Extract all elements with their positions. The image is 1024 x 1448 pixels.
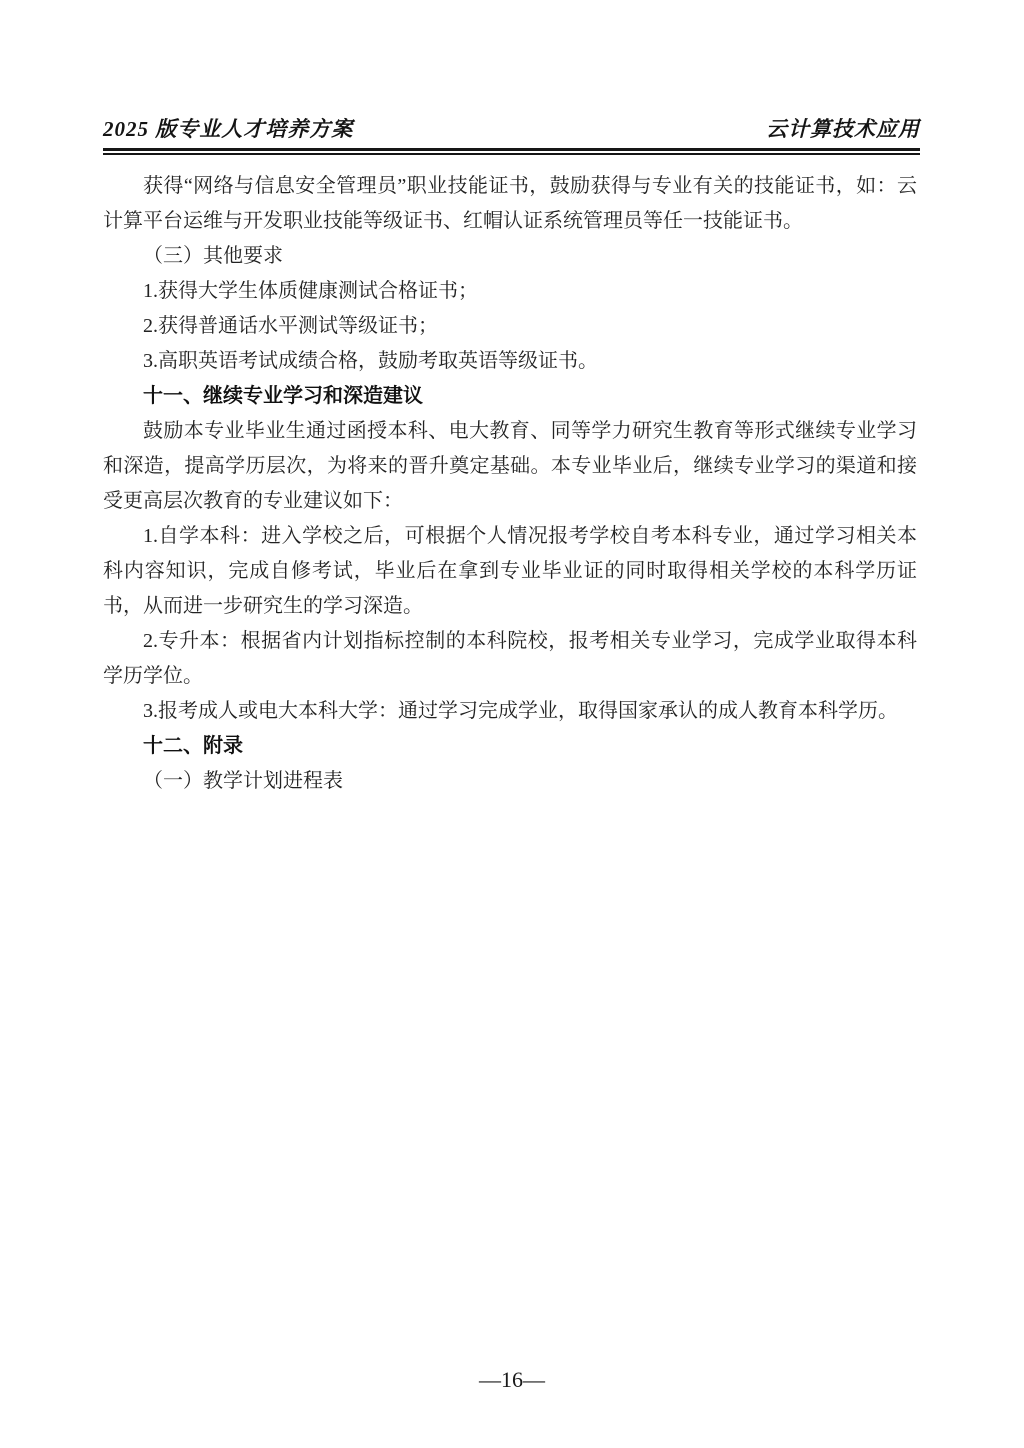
subheading-other-requirements: （三）其他要求 (103, 239, 917, 274)
footer-page-number: —16— (0, 1366, 1024, 1394)
header-left-title: 2025 版专业人才培养方案 (103, 116, 353, 142)
paragraph-appendix-item: （一）教学计划进程表 (103, 764, 917, 799)
section-heading-12: 十二、附录 (103, 729, 917, 764)
page-header: 2025 版专业人才培养方案 云计算技术应用 (103, 116, 920, 142)
list-item-1-self-study: 1.自学本科：进入学校之后，可根据个人情况报考学校自考本科专业，通过学习相关本科… (103, 519, 917, 624)
list-item-2-putonghua-certificate: 2.获得普通话水平测试等级证书； (103, 309, 917, 344)
section-heading-11: 十一、继续专业学习和深造建议 (103, 379, 917, 414)
header-right-title: 云计算技术应用 (766, 116, 920, 142)
document-body: 获得“网络与信息安全管理员”职业技能证书，鼓励获得与专业有关的技能证书，如：云计… (103, 169, 917, 799)
header-double-rule (103, 148, 920, 155)
paragraph-further-study-intro: 鼓励本专业毕业生通过函授本科、电大教育、同等学力研究生教育等形式继续专业学习和深… (103, 414, 917, 519)
paragraph-certificates: 获得“网络与信息安全管理员”职业技能证书，鼓励获得与专业有关的技能证书，如：云计… (103, 169, 917, 239)
list-item-1-fitness-certificate: 1.获得大学生体质健康测试合格证书； (103, 274, 917, 309)
document-page: 2025 版专业人才培养方案 云计算技术应用 获得“网络与信息安全管理员”职业技… (0, 0, 1024, 1448)
list-item-3-english-certificate: 3.高职英语考试成绩合格，鼓励考取英语等级证书。 (103, 344, 917, 379)
list-item-3-adult-education: 3.报考成人或电大本科大学：通过学习完成学业，取得国家承认的成人教育本科学历。 (103, 694, 917, 729)
list-item-2-zhuanshengben: 2.专升本：根据省内计划指标控制的本科院校，报考相关专业学习，完成学业取得本科学… (103, 624, 917, 694)
